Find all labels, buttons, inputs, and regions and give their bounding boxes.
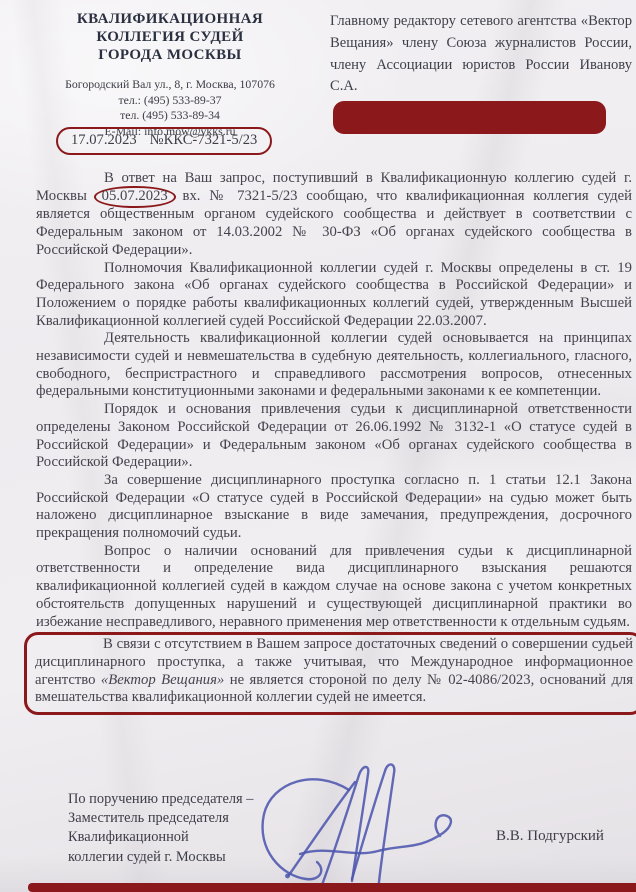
paragraph-6: Вопрос о наличии оснований для привлечен… — [36, 543, 632, 632]
org-name-line: КВАЛИФИКАЦИОННАЯ — [38, 10, 302, 28]
letter-ref-number: №ККС-7321-5/23 — [150, 132, 258, 149]
letterhead: КВАЛИФИКАЦИОННАЯ КОЛЛЕГИЯ СУДЕЙ ГОРОДА М… — [38, 10, 302, 139]
paragraph-4: Порядок и основания привлечения судьи к … — [36, 401, 632, 472]
paragraph-7: В связи с отсутствием в Вашем запросе до… — [35, 636, 633, 707]
org-address-line: Богородский Вал ул., 8, г. Москва, 10707… — [38, 77, 302, 93]
letter-body: В ответ на Ваш запрос, поступивший в Ква… — [36, 170, 632, 715]
outgoing-date-annotation-box: 17.07.2023 №ККС-7321-5/23 — [56, 127, 272, 155]
boxed-paragraph-annotation: В связи с отсутствием в Вашем запросе до… — [24, 632, 636, 715]
redaction-bar-recipient — [333, 101, 606, 134]
recipient-address: Главному редактору сетевого агентства «В… — [330, 11, 632, 98]
org-phone-line: тел.: (495) 533-89-37 — [38, 93, 302, 109]
org-name: КВАЛИФИКАЦИОННАЯ КОЛЛЕГИЯ СУДЕЙ ГОРОДА М… — [38, 10, 302, 64]
org-phone-line: тел. (495) 533-89-34 — [38, 108, 302, 124]
letter-date: 17.07.2023 — [71, 132, 137, 149]
org-name-line: ГОРОДА МОСКВЫ — [38, 46, 302, 64]
paragraph-2: Полномочия Квалификационной коллегии суд… — [36, 260, 632, 331]
agency-name-italic: «Вектор Вещания» — [101, 672, 224, 688]
scanned-letter-page: КВАЛИФИКАЦИОННАЯ КОЛЛЕГИЯ СУДЕЙ ГОРОДА М… — [0, 0, 636, 892]
redaction-bar-bottom — [28, 883, 636, 892]
paragraph-1: В ответ на Ваш запрос, поступивший в Ква… — [36, 170, 632, 260]
paragraph-3: Деятельность квалификационной коллегии с… — [36, 330, 632, 401]
org-name-line: КОЛЛЕГИЯ СУДЕЙ — [38, 28, 302, 46]
paragraph-5: За совершение дисциплинарного проступка … — [36, 472, 632, 543]
handwritten-signature-icon — [252, 762, 477, 892]
signer-name: В.В. Подгурский — [496, 828, 604, 845]
circled-date-annotation: 05.07.2023 — [94, 186, 176, 209]
